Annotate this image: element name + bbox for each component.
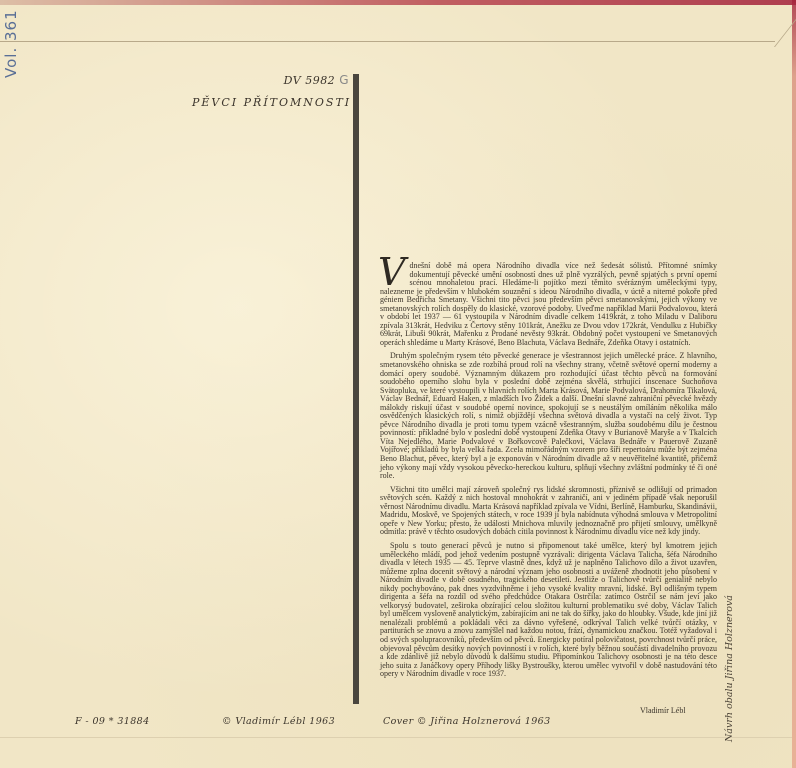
liner-notes: Vdnešní době má opera Národního divadla … (380, 262, 717, 684)
cover-copyright: Cover © Jiřina Holznerová 1963 (383, 716, 551, 727)
catalog-suffix: G (339, 73, 349, 87)
record-title: PĚVCI PŘÍTOMNOSTI (192, 96, 351, 109)
flap-fold-line (0, 41, 775, 42)
bottom-fold-line (0, 737, 792, 738)
essay-paragraph: Druhým společným rysem této pěvecké gene… (380, 352, 717, 480)
catalog-number: DV 5982 G (283, 73, 349, 87)
vertical-divider-bar (353, 74, 359, 704)
essay-paragraph: Všichni tito umělci mají zároveň společn… (380, 486, 717, 537)
essay-paragraph: Spolu s touto generací pěvců je nutno si… (380, 542, 717, 679)
drop-cap: V (378, 258, 405, 284)
essay-paragraph-text: dnešní době má opera Národního divadla v… (380, 261, 717, 347)
cover-design-credit: Návrh obalu Jiřina Holznerová (724, 568, 738, 742)
text-copyright: © Vladimír Lébl 1963 (222, 716, 335, 727)
handwritten-note: Vol. 361 (2, 8, 28, 78)
print-code: F - 09 * 31884 (75, 716, 150, 727)
sleeve-right-edge (792, 0, 796, 768)
essay-paragraph: Vdnešní době má opera Národního divadla … (380, 262, 717, 347)
author-signature: Vladimír Lébl (640, 706, 686, 715)
catalog-number-text: DV 5982 (284, 74, 336, 87)
sleeve-top-edge (0, 0, 796, 5)
